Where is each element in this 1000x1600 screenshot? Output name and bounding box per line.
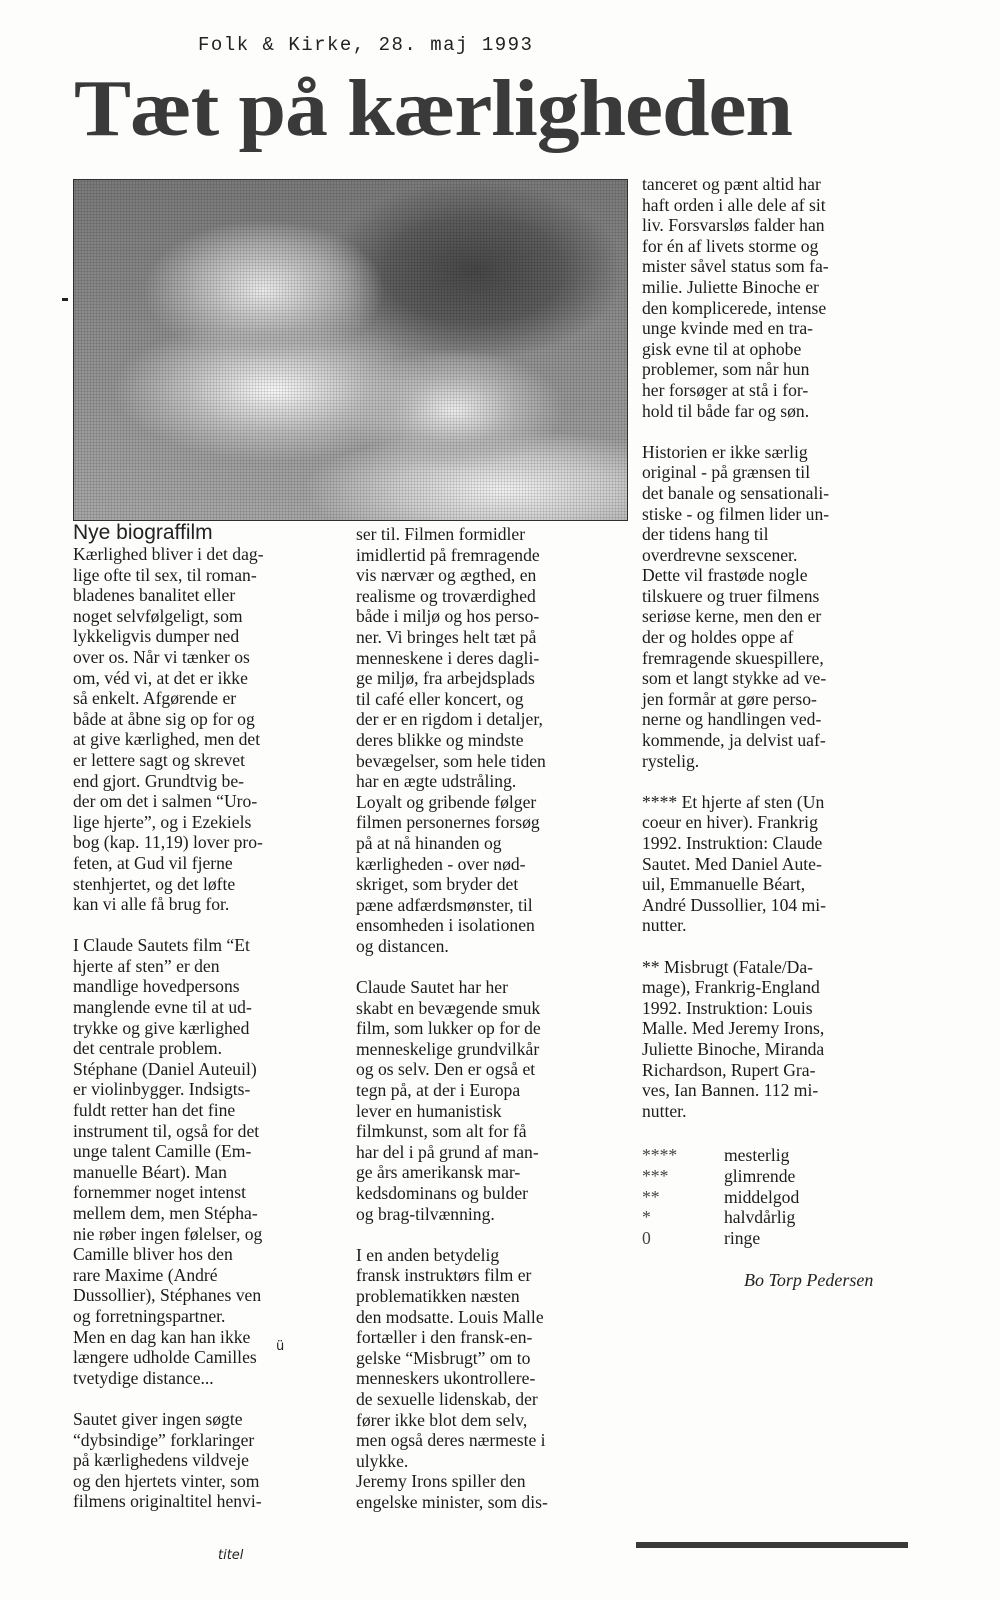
rating-stars: * xyxy=(642,1207,724,1228)
text-line: coeur en hiver). Frankrig xyxy=(642,812,829,833)
text-line: imidlertid på fremragende xyxy=(356,545,548,566)
text-line: bladenes banalitet eller xyxy=(73,585,264,606)
text-line: manglende evne til at ud- xyxy=(73,997,264,1018)
text-line: fører ikke blot dem selv, xyxy=(356,1410,548,1431)
text-line: de sexuelle lidenskab, der xyxy=(356,1389,548,1410)
text-line: filmen personernes forsøg xyxy=(356,812,548,833)
text-line: nutter. xyxy=(642,1101,829,1122)
text-line: seriøse kerne, men den er xyxy=(642,606,829,627)
text-line: at give kærlighed, men det xyxy=(73,729,264,750)
rating-label: halvdårlig xyxy=(724,1207,795,1228)
text-line: ge års amerikansk mar- xyxy=(356,1162,548,1183)
text-line: har en ægte udstråling. xyxy=(356,771,548,792)
text-line: har del i på grund af man- xyxy=(356,1142,548,1163)
text-line: instrument til, også for det xyxy=(73,1121,264,1142)
rating-row: *** glimrende xyxy=(642,1166,799,1187)
text-line: der om det i salmen “Uro- xyxy=(73,791,264,812)
text-line: fremragende skuespillere, xyxy=(642,648,829,669)
text-line: den modsatte. Louis Malle xyxy=(356,1307,548,1328)
text-line: mellem dem, men Stépha- xyxy=(73,1203,264,1224)
text-line: Loyalt og gribende følger xyxy=(356,792,548,813)
text-line: original - på grænsen til xyxy=(642,462,829,483)
paragraph-gap xyxy=(356,956,548,977)
text-line: gisk evne til at ophobe xyxy=(642,339,829,360)
text-line: tilskuere og truer filmens xyxy=(642,586,829,607)
section-heading: Nye biograffilm xyxy=(73,520,213,546)
text-line: ge miljø, fra arbejdsplads xyxy=(356,668,548,689)
text-line: Richardson, Rupert Gra- xyxy=(642,1060,829,1081)
text-line: længere udholde Camilles xyxy=(73,1347,264,1368)
text-line: tegn på, at der i Europa xyxy=(356,1080,548,1101)
text-line: manuelle Béart). Man xyxy=(73,1162,264,1183)
text-line: fornemmer noget intenst xyxy=(73,1182,264,1203)
text-line: filmkunst, som alt for få xyxy=(356,1121,548,1142)
text-line: kedsdominans og bulder xyxy=(356,1183,548,1204)
text-line: rystelig. xyxy=(642,751,829,772)
article-column-right: tanceret og pænt altid harhaft orden i a… xyxy=(642,174,829,1121)
text-line: Jeremy Irons spiller den xyxy=(356,1471,548,1492)
text-line: Kærlighed bliver i det dag- xyxy=(73,544,264,565)
publication-source-line: Folk & Kirke, 28. maj 1993 xyxy=(198,34,533,56)
text-line: stenhjertet, og det løfte xyxy=(73,874,264,895)
text-line: ser til. Filmen formidler xyxy=(356,524,548,545)
text-line: 1992. Instruktion: Claude xyxy=(642,833,829,854)
text-line: haft orden i alle dele af sit xyxy=(642,195,829,216)
text-line: både i miljø og hos perso- xyxy=(356,606,548,627)
text-line: Historien er ikke særlig xyxy=(642,442,829,463)
text-line: lever en humanistisk xyxy=(356,1101,548,1122)
text-line: ensomheden i isolationen xyxy=(356,915,548,936)
text-line: over os. Når vi tænker os xyxy=(73,647,264,668)
handwritten-correction: titel xyxy=(218,1548,243,1563)
text-line: på at nå hinanden og xyxy=(356,833,548,854)
text-line: her forsøger at stå i for- xyxy=(642,380,829,401)
article-column-left: Kærlighed bliver i det dag-lige ofte til… xyxy=(73,544,264,1512)
rating-stars: *** xyxy=(642,1166,724,1187)
text-line: den komplicerede, intense xyxy=(642,298,829,319)
text-line: nutter. xyxy=(642,915,829,936)
text-line: Claude Sautet har her xyxy=(356,977,548,998)
text-line: nie røber ingen følelser, og xyxy=(73,1224,264,1245)
text-line: stiske - og filmen lider un- xyxy=(642,504,829,525)
rating-label: ringe xyxy=(724,1228,760,1249)
text-line: film, som lukker op for de xyxy=(356,1018,548,1039)
text-line: skabt en bevægende smuk xyxy=(356,998,548,1019)
paragraph-gap xyxy=(73,1388,264,1409)
rating-row: ** middelgod xyxy=(642,1187,799,1208)
text-line: så enkelt. Afgørende er xyxy=(73,688,264,709)
text-line: er violinbygger. Indsigts- xyxy=(73,1079,264,1100)
text-line: I Claude Sautets film “Et xyxy=(73,935,264,956)
text-line: ner. Vi bringes helt tæt på xyxy=(356,627,548,648)
text-line: feten, at Gud vil fjerne xyxy=(73,853,264,874)
text-line: realisme og troværdighed xyxy=(356,586,548,607)
text-line: der tidens hang til xyxy=(642,524,829,545)
text-line: fortæller i den fransk-en- xyxy=(356,1327,548,1348)
text-line: det centrale problem. xyxy=(73,1038,264,1059)
headline: Tæt på kærligheden xyxy=(74,64,973,154)
text-line: overdrevne sexscener. xyxy=(642,545,829,566)
text-line: deres blikke og mindste xyxy=(356,730,548,751)
author-byline: Bo Torp Pedersen xyxy=(744,1270,873,1291)
text-line: hold til både far og søn. xyxy=(642,401,829,422)
text-line: ves, Ian Bannen. 112 mi- xyxy=(642,1080,829,1101)
text-line: engelske minister, som dis- xyxy=(356,1492,548,1513)
text-line: det banale og sensationali- xyxy=(642,483,829,504)
article-column-middle: ser til. Filmen formidlerimidlertid på f… xyxy=(356,524,548,1513)
text-line: problemer, som når hun xyxy=(642,359,829,380)
text-line: menneskene i deres dagli- xyxy=(356,648,548,669)
text-line: nerne og handlingen ved- xyxy=(642,709,829,730)
text-line: liv. Forsvarsløs falder han xyxy=(642,215,829,236)
text-line: uil, Emmanuelle Béart, xyxy=(642,874,829,895)
text-line: mandlige hovedpersons xyxy=(73,976,264,997)
text-line: der er en rigdom i detaljer, xyxy=(356,709,548,730)
rating-stars: 0 xyxy=(642,1228,724,1249)
text-line: Camille bliver hos den xyxy=(73,1244,264,1265)
text-line: og den hjertets vinter, som xyxy=(73,1471,264,1492)
text-line: I en anden betydelig xyxy=(356,1245,548,1266)
text-line: menneskelige grundvilkår xyxy=(356,1039,548,1060)
article-photo xyxy=(73,179,628,521)
text-line: vis nærvær og ægthed, en xyxy=(356,565,548,586)
text-line: lige ofte til sex, til roman- xyxy=(73,565,264,586)
scan-speck xyxy=(62,298,68,301)
text-line: unge kvinde med en tra- xyxy=(642,318,829,339)
text-line: lige hjerte”, og i Ezekiels xyxy=(73,812,264,833)
rating-label: middelgod xyxy=(724,1187,799,1208)
text-line: end gjort. Grundtvig be- xyxy=(73,771,264,792)
text-line: tanceret og pænt altid har xyxy=(642,174,829,195)
text-line: André Dussollier, 104 mi- xyxy=(642,895,829,916)
rating-legend: **** mesterlig *** glimrende ** middelgo… xyxy=(642,1145,799,1249)
text-line: filmens originaltitel henvi- xyxy=(73,1491,264,1512)
text-line: Dussollier), Stéphanes ven xyxy=(73,1285,264,1306)
text-line: Men en dag kan han ikke xyxy=(73,1327,264,1348)
text-line: kommende, ja delvist uaf- xyxy=(642,730,829,751)
text-line: der og holdes oppe af xyxy=(642,627,829,648)
text-line: Sautet. Med Daniel Aute- xyxy=(642,854,829,875)
rating-row: * halvdårlig xyxy=(642,1207,799,1228)
text-line: og os selv. Den er også et xyxy=(356,1059,548,1080)
text-line: menneskers ukontrollere- xyxy=(356,1368,548,1389)
text-line: trykke og give kærlighed xyxy=(73,1018,264,1039)
text-line: for én af livets storme og xyxy=(642,236,829,257)
text-line: jen formår at gøre perso- xyxy=(642,689,829,710)
paragraph-gap xyxy=(642,771,829,792)
text-line: tvetydige distance... xyxy=(73,1368,264,1389)
text-line: lykkeligvis dumper ned xyxy=(73,626,264,647)
text-line: som et langt stykke ad ve- xyxy=(642,668,829,689)
text-line: ulykke. xyxy=(356,1451,548,1472)
text-line: fuldt retter han det fine xyxy=(73,1100,264,1121)
text-line: til café eller koncert, og xyxy=(356,689,548,710)
text-line: Sautet giver ingen søgte xyxy=(73,1409,264,1430)
handwritten-correction: ü xyxy=(276,1339,284,1354)
rating-label: mesterlig xyxy=(724,1145,789,1166)
text-line: bog (kap. 11,19) lover pro- xyxy=(73,832,264,853)
text-line: pæne adfærdsmønster, til xyxy=(356,895,548,916)
rating-row: 0 ringe xyxy=(642,1228,799,1249)
text-line: skriget, som bryder det xyxy=(356,874,548,895)
paragraph-gap xyxy=(356,1224,548,1245)
text-line: Stéphane (Daniel Auteuil) xyxy=(73,1059,264,1080)
text-line: men også deres nærmeste i xyxy=(356,1430,548,1451)
text-line: fransk instruktørs film er xyxy=(356,1265,548,1286)
text-line: Dette vil frastøde nogle xyxy=(642,565,829,586)
text-line: på kærlighedens vildveje xyxy=(73,1450,264,1471)
text-line: kærligheden - over nød- xyxy=(356,854,548,875)
rating-stars: **** xyxy=(642,1145,724,1166)
paragraph-gap xyxy=(73,915,264,936)
text-line: problematikken næsten xyxy=(356,1286,548,1307)
text-line: både at åbne sig op for og xyxy=(73,709,264,730)
text-line: unge talent Camille (Em- xyxy=(73,1141,264,1162)
text-line: gelske “Misbrugt” om to xyxy=(356,1348,548,1369)
text-line: milie. Juliette Binoche er xyxy=(642,277,829,298)
text-line: mister såvel status som fa- xyxy=(642,256,829,277)
end-rule-divider xyxy=(636,1542,908,1548)
text-line: mage), Frankrig-England xyxy=(642,977,829,998)
text-line: bevægelser, som hele tiden xyxy=(356,751,548,772)
paragraph-gap xyxy=(642,936,829,957)
text-line: 1992. Instruktion: Louis xyxy=(642,998,829,1019)
text-line: **** Et hjerte af sten (Un xyxy=(642,792,829,813)
rating-label: glimrende xyxy=(724,1166,795,1187)
text-line: “dybsindige” forklaringer xyxy=(73,1430,264,1451)
text-line: og forretningspartner. xyxy=(73,1306,264,1327)
text-line: Malle. Med Jeremy Irons, xyxy=(642,1018,829,1039)
text-line: hjerte af sten” er den xyxy=(73,956,264,977)
paragraph-gap xyxy=(642,421,829,442)
text-line: rare Maxime (André xyxy=(73,1265,264,1286)
text-line: noget selvfølgeligt, som xyxy=(73,606,264,627)
text-line: ** Misbrugt (Fatale/Da- xyxy=(642,957,829,978)
rating-row: **** mesterlig xyxy=(642,1145,799,1166)
text-line: og distancen. xyxy=(356,936,548,957)
text-line: om, véd vi, at det er ikke xyxy=(73,668,264,689)
text-line: kan vi alle få brug for. xyxy=(73,894,264,915)
text-line: er lettere sagt og skrevet xyxy=(73,750,264,771)
text-line: Juliette Binoche, Miranda xyxy=(642,1039,829,1060)
text-line: og brag-tilvænning. xyxy=(356,1204,548,1225)
rating-stars: ** xyxy=(642,1187,724,1208)
